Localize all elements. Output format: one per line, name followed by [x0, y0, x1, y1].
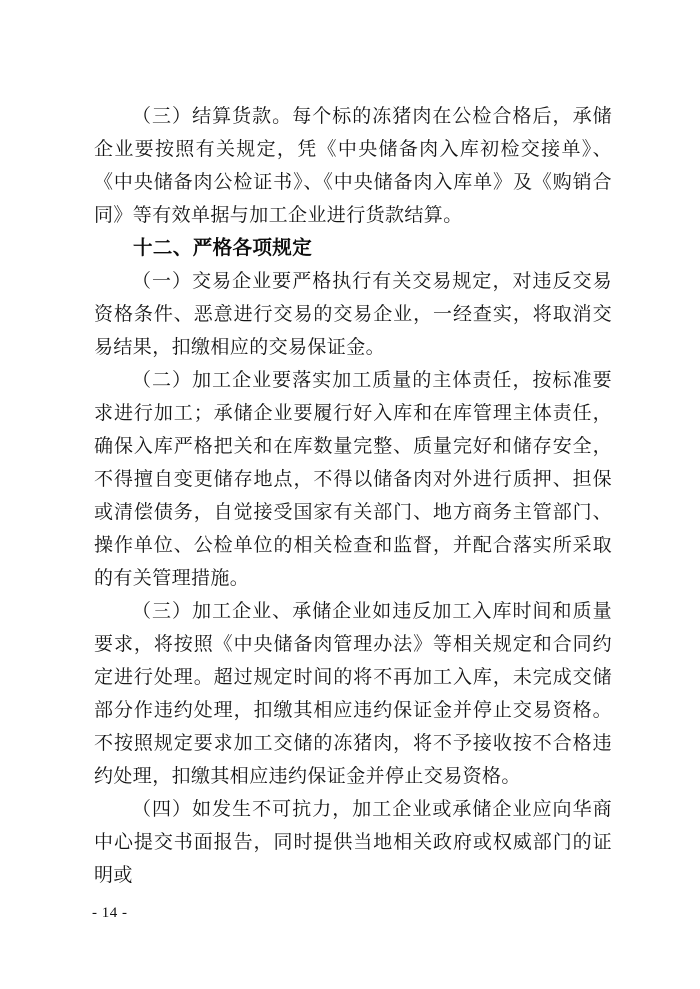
page-content: （三）结算货款。每个标的冻猪肉在公检合格后，承储企业要按照有关规定，凭《中央储备…: [94, 100, 612, 892]
page-number: - 14 -: [92, 903, 128, 923]
paragraph-settlement: （三）结算货款。每个标的冻猪肉在公检合格后，承储企业要按照有关规定，凭《中央储备…: [94, 100, 612, 232]
paragraph-item-4: （四）如发生不可抗力，加工企业或承储企业应向华商中心提交书面报告，同时提供当地相…: [94, 793, 612, 892]
section-heading: 十二、严格各项规定: [94, 232, 612, 265]
paragraph-item-3: （三）加工企业、承储企业如违反加工入库时间和质量要求，将按照《中央储备肉管理办法…: [94, 595, 612, 793]
paragraph-item-1: （一）交易企业要严格执行有关交易规定，对违反交易资格条件、恶意进行交易的交易企业…: [94, 265, 612, 364]
document-page: （三）结算货款。每个标的冻猪肉在公检合格后，承储企业要按照有关规定，凭《中央储备…: [0, 0, 700, 989]
paragraph-item-2: （二）加工企业要落实加工质量的主体责任，按标准要求进行加工；承储企业要履行好入库…: [94, 364, 612, 595]
